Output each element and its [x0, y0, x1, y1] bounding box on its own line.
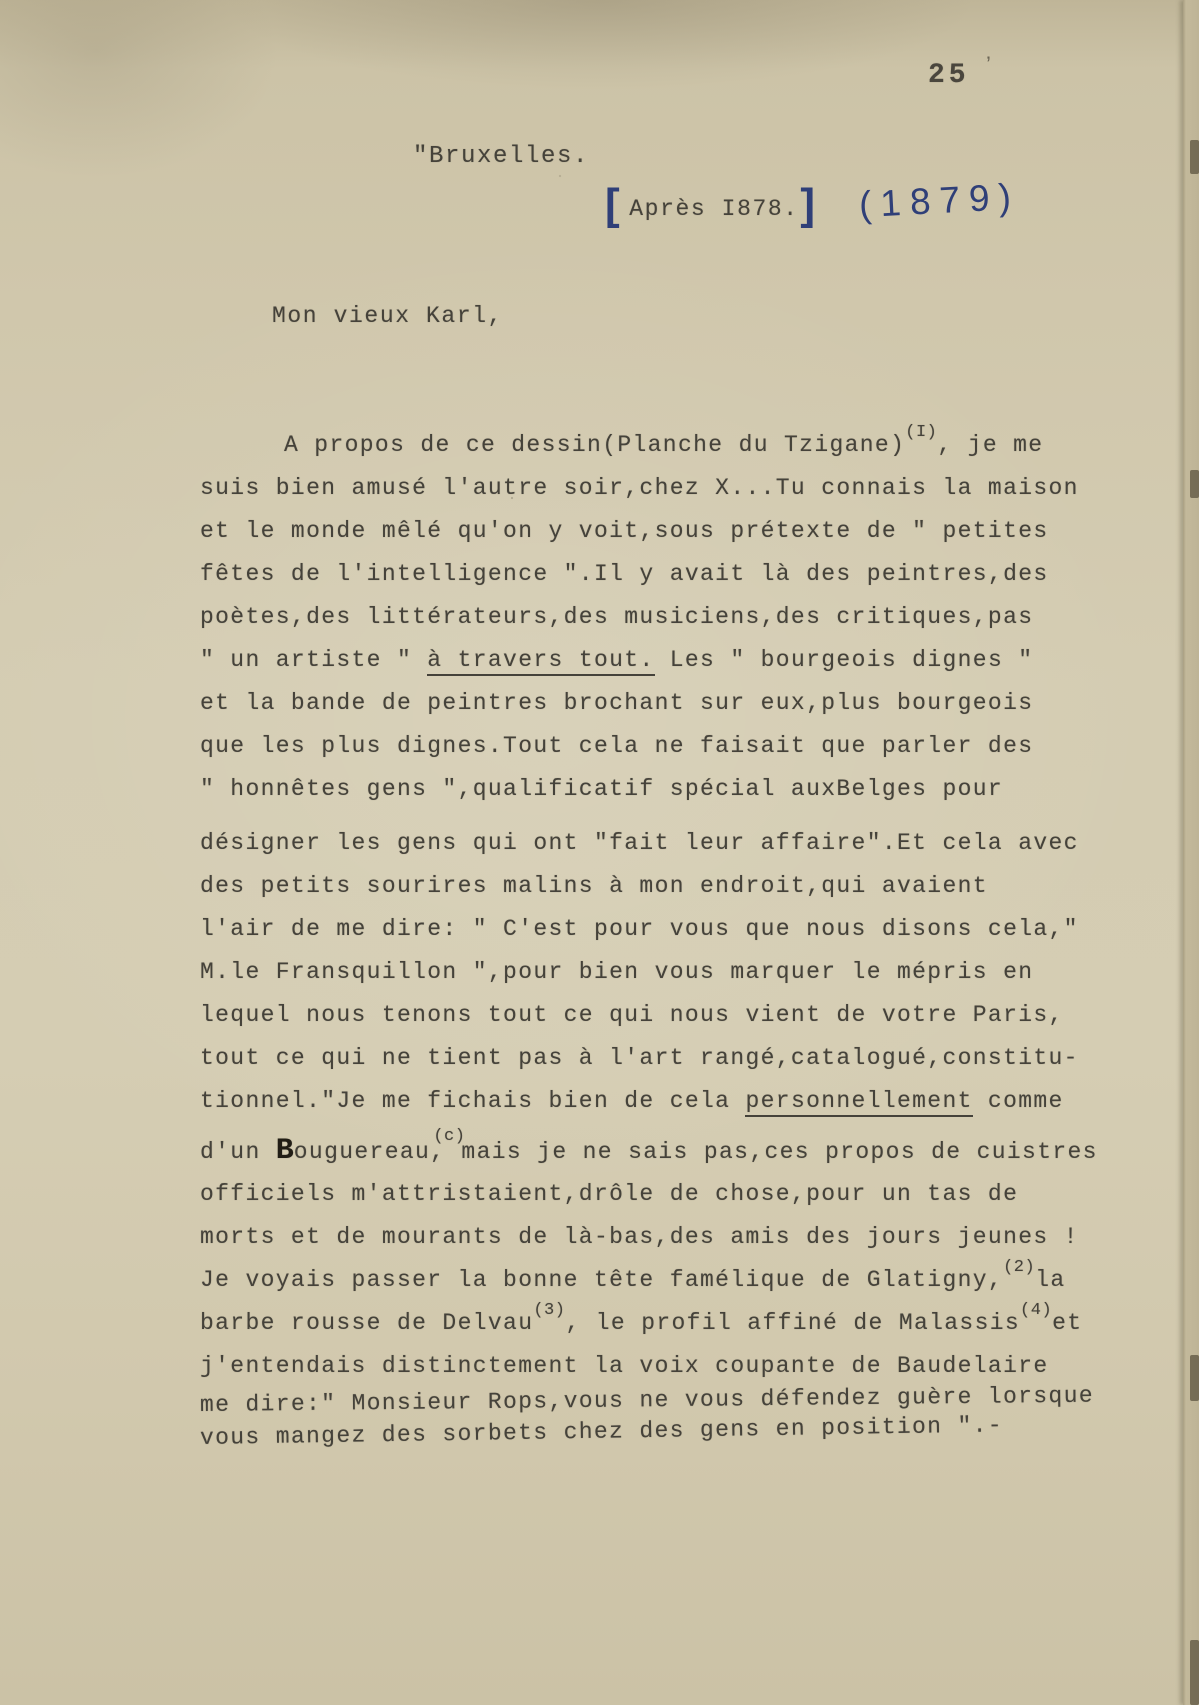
text-segment: et la bande de peintres brochant sur eux… [200, 690, 1033, 716]
page-number: 25 [928, 60, 970, 91]
text-segment-sup: (3) [533, 1301, 565, 1320]
paragraph: d'un Bouguereau,(c)mais je ne sais pas,c… [200, 1130, 1100, 1460]
text-segment: " un artiste " [200, 647, 427, 673]
text-segment: M.le Fransquillon ",pour bien vous marqu… [200, 959, 1033, 985]
text-line: " un artiste " à travers tout. Les " bou… [200, 639, 1100, 682]
text-line: d'un Bouguereau,(c)mais je ne sais pas,c… [200, 1130, 1100, 1173]
text-segment-sup: (2) [1003, 1258, 1035, 1277]
text-segment: comme [973, 1088, 1064, 1114]
text-line: poètes,des littérateurs,des musiciens,de… [200, 596, 1100, 639]
text-segment: et le monde mêlé qu'on y voit,sous préte… [200, 518, 1049, 544]
text-segment-ul: à travers tout. [427, 647, 654, 676]
text-segment: que les plus dignes.Tout cela ne faisait… [200, 733, 1033, 759]
text-segment: suis bien amusé l'autre soir,chez X...Tu… [200, 475, 1079, 501]
text-segment: d'un [200, 1139, 276, 1165]
text-segment: vous mangez des sorbets chez des gens en… [200, 1412, 1003, 1451]
text-segment: des petits sourires malins à mon endroit… [200, 873, 988, 899]
typed-date: Après I878. [629, 196, 798, 222]
text-line: et le monde mêlé qu'on y voit,sous préte… [200, 510, 1100, 553]
text-line: fêtes de l'intelligence ".Il y avait là … [200, 553, 1100, 596]
letter-body: A propos de ce dessin(Planche du Tzigane… [200, 424, 1100, 1460]
text-segment: poètes,des littérateurs,des musiciens,de… [200, 604, 1033, 630]
edge-mark [1190, 1640, 1199, 1705]
edge-mark [1190, 140, 1199, 174]
text-line: barbe rousse de Delvau(3), le profil aff… [200, 1302, 1100, 1345]
text-line: tout ce qui ne tient pas à l'art rangé,c… [200, 1037, 1100, 1080]
text-line: M.le Fransquillon ",pour bien vous marqu… [200, 951, 1100, 994]
text-segment: , le profil affiné de Malassis [565, 1310, 1020, 1336]
text-segment-ul: personnellement [745, 1088, 972, 1117]
edge-mark [1190, 1355, 1199, 1401]
salutation: Mon vieux Karl, [272, 303, 503, 329]
text-segment: morts et de mourants de là-bas,des amis … [200, 1224, 1079, 1250]
text-line: morts et de mourants de là-bas,des amis … [200, 1216, 1100, 1259]
paragraph: A propos de ce dessin(Planche du Tzigane… [200, 424, 1100, 811]
text-line: des petits sourires malins à mon endroit… [200, 865, 1100, 908]
text-segment-supo: (c) [433, 1127, 465, 1146]
text-segment: tionnel."Je me fichais bien de cela [200, 1088, 745, 1114]
text-segment: l'air de me dire: " C'est pour vous que … [200, 916, 1079, 942]
text-segment: barbe rousse de Delvau [200, 1310, 533, 1336]
text-line: l'air de me dire: " C'est pour vous que … [200, 908, 1100, 951]
text-line: officiels m'attristaient,drôle de chose,… [200, 1173, 1100, 1216]
text-line: " honnêtes gens ",qualificatif spécial a… [200, 768, 1100, 811]
text-segment: officiels m'attristaient,drôle de chose,… [200, 1181, 1018, 1207]
paragraph: désigner les gens qui ont "fait leur aff… [200, 822, 1100, 1123]
handwritten-bracket-left: [ [605, 180, 620, 229]
text-segment: Les " bourgeois dignes " [655, 647, 1034, 673]
city-line: "Bruxelles. [413, 143, 589, 170]
tick-mark: ’ [986, 52, 991, 78]
text-segment: ouguereau, [294, 1139, 446, 1165]
text-segment-inkB: B [276, 1134, 294, 1168]
text-line: tionnel."Je me fichais bien de cela pers… [200, 1080, 1100, 1123]
text-segment: j'entendais distinctement la voix coupan… [200, 1353, 1049, 1379]
text-segment: Je voyais passer la bonne tête famélique… [200, 1267, 1003, 1293]
text-segment: mais je ne sais pas,ces propos de cuistr… [461, 1139, 1097, 1165]
text-segment-sup: (4) [1020, 1301, 1052, 1320]
text-line: et la bande de peintres brochant sur eux… [200, 682, 1100, 725]
text-line: Je voyais passer la bonne tête famélique… [200, 1259, 1100, 1302]
text-line: A propos de ce dessin(Planche du Tzigane… [200, 424, 1100, 467]
text-segment: , je me [937, 432, 1043, 458]
text-segment: la [1035, 1267, 1065, 1293]
date-line: [ Après I878. ] (1879) [605, 178, 1020, 230]
text-segment: " honnêtes gens ",qualificatif spécial a… [200, 776, 1003, 802]
text-segment: lequel nous tenons tout ce qui nous vien… [200, 1002, 1064, 1028]
text-line: que les plus dignes.Tout cela ne faisait… [200, 725, 1100, 768]
text-line: lequel nous tenons tout ce qui nous vien… [200, 994, 1100, 1037]
text-line: désigner les gens qui ont "fait leur aff… [200, 822, 1100, 865]
page-edge-strip [1183, 0, 1199, 1705]
text-segment: fêtes de l'intelligence ".Il y avait là … [200, 561, 1049, 587]
text-segment: désigner les gens qui ont "fait leur aff… [200, 830, 1079, 856]
text-segment: et [1052, 1310, 1082, 1336]
text-segment-sup: (I) [905, 423, 937, 442]
handwritten-bracket-right: ] [800, 180, 815, 229]
text-line: suis bien amusé l'autre soir,chez X...Tu… [200, 467, 1100, 510]
handwritten-year: (1879) [858, 176, 1021, 226]
text-segment: A propos de ce dessin(Planche du Tzigane… [284, 432, 905, 458]
edge-mark [1190, 470, 1199, 498]
text-segment: tout ce qui ne tient pas à l'art rangé,c… [200, 1045, 1079, 1071]
